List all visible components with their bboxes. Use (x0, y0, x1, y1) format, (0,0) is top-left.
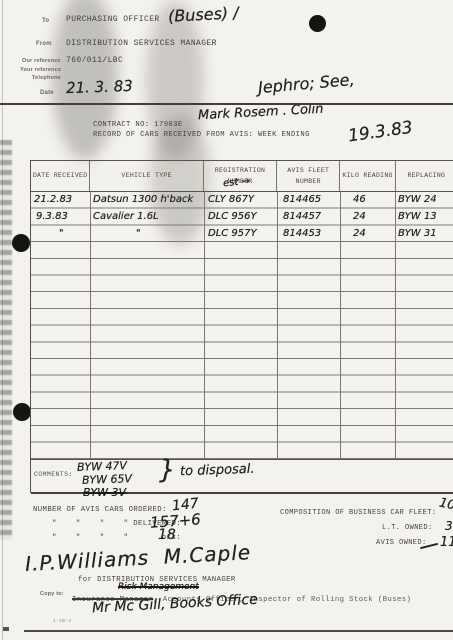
row1-kilo-reading: 46 (353, 194, 366, 205)
row1-registration: CLY 867Y (208, 194, 254, 205)
telephone-label: Telephone (32, 75, 61, 81)
comments-struck-item: BYW 3V (83, 486, 126, 499)
comments-note: to disposal. (180, 462, 255, 480)
header-date-received: DATE RECEIVED (31, 161, 90, 191)
row2-kilo-reading: 24 (353, 211, 366, 222)
comments-brace: } (159, 455, 176, 485)
header-avis-fleet-number: AVIS FLEET NUMBER (277, 161, 340, 191)
row3-replacing: BYW 31 (398, 228, 437, 239)
handwritten-note-1: Jephro; See, (257, 70, 355, 97)
paper-corner-mark (3, 627, 9, 631)
header-replacing: REPLACING (396, 161, 453, 191)
hole-punch-dot (12, 234, 30, 252)
fleet-title: COMPOSITION OF BUSINESS CAR FLEET: (280, 509, 436, 517)
column-line (90, 192, 91, 459)
to-label: To (42, 18, 49, 24)
comments-reg2: BYW 65V (82, 472, 132, 487)
to-value: PURCHASING OFFICER (66, 15, 160, 24)
our-reference-label: Our reference (22, 58, 61, 64)
row1-date: 21.2.83 (34, 194, 72, 205)
column-line (395, 192, 396, 459)
row3-fleet-number: 814453 (283, 228, 321, 239)
header-kilo-reading: KILO READING (340, 161, 395, 191)
comments-section: COMMENTS: BYW 47V BYW 65V } to disposal.… (31, 459, 453, 494)
row3-registration: DLC 957Y (208, 228, 257, 239)
row2-fleet-number: 814457 (283, 211, 321, 222)
row2-replacing: BYW 13 (398, 211, 437, 222)
row3-date: " (59, 228, 64, 239)
form-reference: 1-1B-1 (53, 619, 72, 624)
table-body: 21.2.83 Datsun 1300 h'back CLY 867Y 8144… (31, 192, 453, 459)
lt-owned-value: 3 (445, 519, 453, 533)
header-vehicle-type: VEHICLE TYPE (90, 161, 204, 191)
row1-replacing: BYW 24 (398, 194, 437, 205)
fleet-title-value: 10 (438, 495, 453, 513)
row2-date: 9.3.83 (36, 211, 68, 222)
scan-edge-line (2, 0, 3, 640)
avis-owned-value: 11 (440, 535, 453, 550)
copy-to-label: Copy to: (40, 591, 64, 597)
contract-number-line: CONTRACT NO: 17903E (93, 121, 183, 129)
scanned-memo-page: To PURCHASING OFFICER (Buses) / From DIS… (0, 0, 453, 640)
to-handwritten-note: (Buses) / (168, 3, 239, 26)
cars-received-table: DATE RECEIVED VEHICLE TYPE REGISTRATION … (30, 160, 453, 493)
row1-fleet-number: 814465 (283, 194, 321, 205)
hole-punch-dot (13, 403, 31, 421)
from-value: DISTRIBUTION SERVICES MANAGER (66, 39, 217, 48)
column-line (277, 192, 278, 459)
handwritten-note-2: Mark Rosem . Colin (198, 102, 324, 124)
row3-vehicle: " (136, 228, 141, 239)
hole-punch-dot (309, 15, 326, 32)
record-line: RECORD OF CARS RECEIVED FROM AVIS: WEEK … (93, 131, 310, 139)
row3-kilo-reading: 24 (353, 228, 366, 239)
header-divider-line (0, 103, 453, 105)
signature-handwritten: I.P.Williams M.Caple (25, 540, 252, 576)
column-line (204, 192, 205, 459)
column-line (340, 192, 341, 459)
from-label: From (36, 41, 52, 47)
date-handwritten: 21. 3. 83 (66, 77, 133, 97)
your-reference-label: Your reference (20, 67, 61, 73)
our-reference-value: 760/011/LBC (66, 56, 123, 65)
row2-vehicle: Cavalier 1.6L (93, 211, 159, 222)
paper-bottom-edge (24, 630, 453, 632)
avis-owned-label: AVIS OWNED: (376, 539, 427, 547)
row2-registration: DLC 956Y (208, 211, 257, 222)
lt-owned-label: L.T. OWNED: (382, 524, 433, 532)
ordered-label: NUMBER OF AVIS CARS ORDERED: (33, 506, 167, 514)
week-ending-handwritten: 19.3.83 (347, 118, 414, 147)
outstanding-value: 18 (158, 527, 176, 543)
row1-vehicle: Datsun 1300 h'back (93, 194, 193, 205)
comments-label: COMMENTS: (34, 471, 73, 478)
date-label: Date (40, 90, 54, 96)
